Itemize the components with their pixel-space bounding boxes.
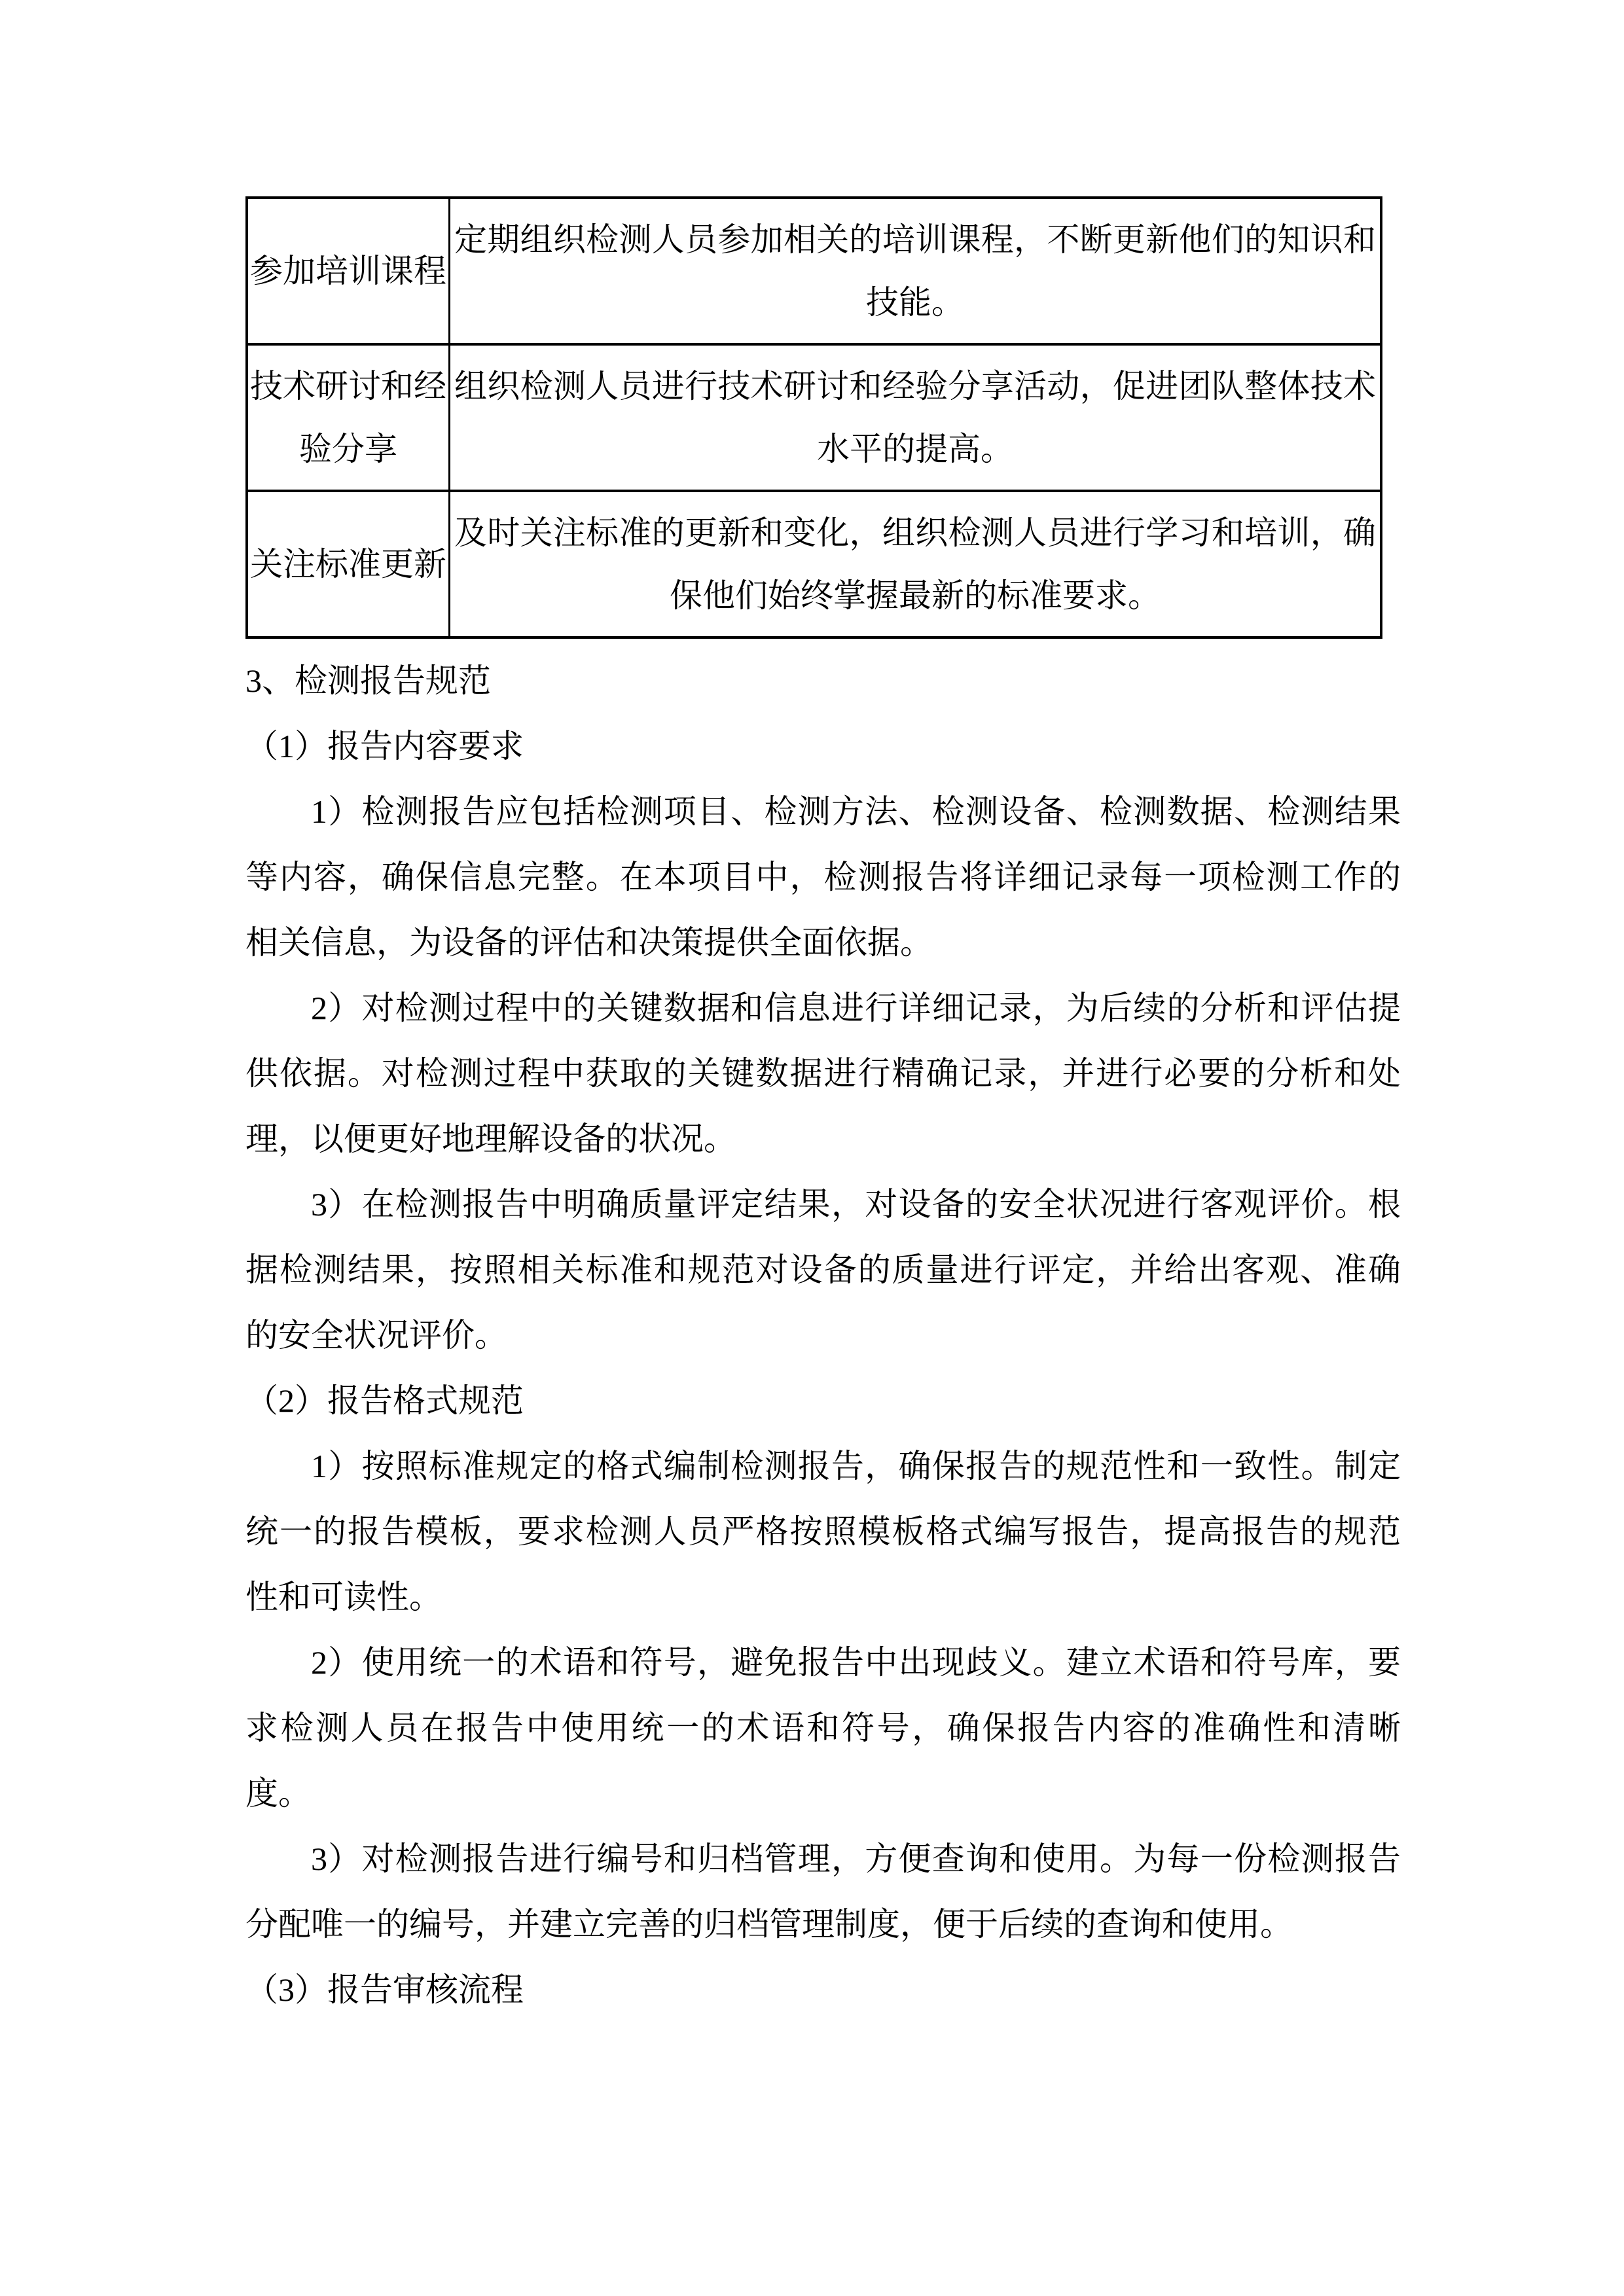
table-desc-line: 定期组织检测人员参加相关的培训课程，不断更新他们的知识和 bbox=[450, 208, 1380, 271]
numbered-paragraph: 2）对检测过程中的关键数据和信息进行详细记录，为后续的分析和评估提供依据。对检测… bbox=[245, 975, 1401, 1172]
table-desc-line: 保他们始终掌握最新的标准要求。 bbox=[450, 564, 1380, 627]
body-line: 2）对检测过程中的关键数据和信息进行详细记录，为后续的分析和评估提 bbox=[245, 975, 1401, 1041]
subheading-line: （1）报告内容要求 bbox=[245, 713, 1401, 779]
body-line: 理，以便更好地理解设备的状况。 bbox=[245, 1106, 1401, 1172]
table-term-line: 参加培训课程 bbox=[248, 240, 448, 302]
numbered-paragraph: 1）检测报告应包括检测项目、检测方法、检测设备、检测数据、检测结果等内容，确保信… bbox=[245, 779, 1401, 975]
table-term-line: 技术研讨和经 bbox=[248, 355, 448, 418]
description-cell: 定期组织检测人员参加相关的培训课程，不断更新他们的知识和技能。 bbox=[450, 198, 1382, 344]
body-line: （2）报告格式规范 bbox=[245, 1368, 1401, 1433]
table-row: 参加培训课程定期组织检测人员参加相关的培训课程，不断更新他们的知识和技能。 bbox=[247, 198, 1381, 344]
term-cell: 关注标准更新 bbox=[247, 491, 450, 637]
body-line: 3）对检测报告进行编号和归档管理，方便查询和使用。为每一份检测报告 bbox=[245, 1826, 1401, 1892]
body-line: 3、检测报告规范 bbox=[245, 648, 1401, 713]
table-term-line: 关注标准更新 bbox=[248, 533, 448, 596]
body-line: 相关信息，为设备的评估和决策提供全面依据。 bbox=[245, 910, 1401, 975]
term-cell: 技术研讨和经验分享 bbox=[247, 344, 450, 491]
body-line: （1）报告内容要求 bbox=[245, 713, 1401, 779]
table-desc-line: 及时关注标准的更新和变化，组织检测人员进行学习和培训，确 bbox=[450, 501, 1380, 564]
table-desc-line: 组织检测人员进行技术研讨和经验分享活动，促进团队整体技术 bbox=[450, 355, 1380, 418]
document-page: 参加培训课程定期组织检测人员参加相关的培训课程，不断更新他们的知识和技能。技术研… bbox=[0, 0, 1624, 2296]
body-line: 分配唯一的编号，并建立完善的归档管理制度，便于后续的查询和使用。 bbox=[245, 1892, 1401, 1957]
numbered-paragraph: 3）对检测报告进行编号和归档管理，方便查询和使用。为每一份检测报告分配唯一的编号… bbox=[245, 1826, 1401, 1957]
body-line: 1）检测报告应包括检测项目、检测方法、检测设备、检测数据、检测结果 bbox=[245, 779, 1401, 844]
table-term-line: 验分享 bbox=[248, 418, 448, 480]
table-desc-line: 水平的提高。 bbox=[450, 418, 1380, 480]
heading-line: 3、检测报告规范 bbox=[245, 648, 1401, 713]
term-cell: 参加培训课程 bbox=[247, 198, 450, 344]
body-line: 据检测结果，按照相关标准和规范对设备的质量进行评定，并给出客观、准确 bbox=[245, 1237, 1401, 1302]
training-measures-table: 参加培训课程定期组织检测人员参加相关的培训课程，不断更新他们的知识和技能。技术研… bbox=[245, 196, 1382, 639]
body-text: 3、检测报告规范（1）报告内容要求1）检测报告应包括检测项目、检测方法、检测设备… bbox=[245, 648, 1401, 2022]
body-line: 度。 bbox=[245, 1761, 1401, 1826]
description-cell: 及时关注标准的更新和变化，组织检测人员进行学习和培训，确保他们始终掌握最新的标准… bbox=[450, 491, 1382, 637]
body-line: 统一的报告模板，要求检测人员严格按照模板格式编写报告，提高报告的规范 bbox=[245, 1499, 1401, 1564]
measures-table-body: 参加培训课程定期组织检测人员参加相关的培训课程，不断更新他们的知识和技能。技术研… bbox=[247, 198, 1381, 637]
numbered-paragraph: 1）按照标准规定的格式编制检测报告，确保报告的规范性和一致性。制定统一的报告模板… bbox=[245, 1433, 1401, 1630]
body-line: 性和可读性。 bbox=[245, 1564, 1401, 1630]
table-desc-line: 技能。 bbox=[450, 271, 1380, 334]
body-line: 3）在检测报告中明确质量评定结果，对设备的安全状况进行客观评价。根 bbox=[245, 1172, 1401, 1237]
subheading-line: （3）报告审核流程 bbox=[245, 1957, 1401, 2022]
description-cell: 组织检测人员进行技术研讨和经验分享活动，促进团队整体技术水平的提高。 bbox=[450, 344, 1382, 491]
body-line: 供依据。对检测过程中获取的关键数据进行精确记录，并进行必要的分析和处 bbox=[245, 1041, 1401, 1106]
body-line: 2）使用统一的术语和符号，避免报告中出现歧义。建立术语和符号库，要 bbox=[245, 1630, 1401, 1695]
numbered-paragraph: 2）使用统一的术语和符号，避免报告中出现歧义。建立术语和符号库，要求检测人员在报… bbox=[245, 1630, 1401, 1826]
subheading-line: （2）报告格式规范 bbox=[245, 1368, 1401, 1433]
table-row: 技术研讨和经验分享组织检测人员进行技术研讨和经验分享活动，促进团队整体技术水平的… bbox=[247, 344, 1381, 491]
body-line: 等内容，确保信息完整。在本项目中，检测报告将详细记录每一项检测工作的 bbox=[245, 844, 1401, 910]
numbered-paragraph: 3）在检测报告中明确质量评定结果，对设备的安全状况进行客观评价。根据检测结果，按… bbox=[245, 1172, 1401, 1368]
body-line: 求检测人员在报告中使用统一的术语和符号，确保报告内容的准确性和清晰 bbox=[245, 1695, 1401, 1761]
body-line: 1）按照标准规定的格式编制检测报告，确保报告的规范性和一致性。制定 bbox=[245, 1433, 1401, 1499]
page-content: 参加培训课程定期组织检测人员参加相关的培训课程，不断更新他们的知识和技能。技术研… bbox=[245, 196, 1401, 2022]
table-row: 关注标准更新及时关注标准的更新和变化，组织检测人员进行学习和培训，确保他们始终掌… bbox=[247, 491, 1381, 637]
body-line: 的安全状况评价。 bbox=[245, 1302, 1401, 1368]
body-line: （3）报告审核流程 bbox=[245, 1957, 1401, 2022]
